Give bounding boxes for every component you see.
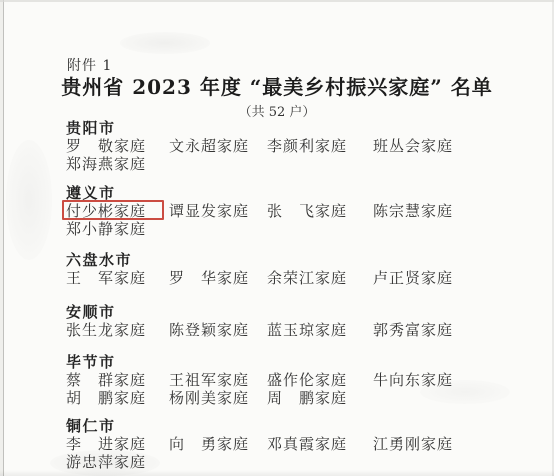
city-section-liupanshui: 六盘水市 王 军家庭 罗 华家庭 余荣江家庭 卢正贤家庭 — [66, 251, 536, 287]
red-highlight-box: 付少彬家庭 — [66, 202, 146, 220]
family-name: 文永超家庭 — [169, 137, 267, 155]
family-name: 郑海燕家庭 — [66, 155, 169, 173]
city-section-guiyang: 贵阳市 罗 敬家庭 文永超家庭 李颜利家庭 班丛会家庭 郑海燕家庭 — [66, 119, 536, 173]
family-name: 向 勇家庭 — [169, 435, 267, 453]
family-name: 杨刚美家庭 — [169, 389, 267, 407]
scan-artifact — [120, 32, 210, 54]
city-header: 贵阳市 — [66, 119, 536, 137]
family-name: 郑小静家庭 — [66, 220, 169, 238]
city-section-anshun: 安顺市 张生龙家庭 陈登颖家庭 蓝玉琼家庭 郭秀富家庭 — [66, 303, 536, 339]
family-name: 李 进家庭 — [66, 435, 169, 453]
city-header: 铜仁市 — [66, 417, 536, 435]
family-name: 李颜利家庭 — [267, 137, 373, 155]
family-name: 郭秀富家庭 — [373, 321, 536, 339]
family-name: 邓真霞家庭 — [267, 435, 373, 453]
city-header: 遵义市 — [66, 184, 536, 202]
family-name: 江勇刚家庭 — [373, 435, 536, 453]
city-header: 六盘水市 — [66, 251, 536, 269]
family-list: 罗 敬家庭 文永超家庭 李颜利家庭 班丛会家庭 郑海燕家庭 — [66, 137, 536, 173]
family-name: 罗 敬家庭 — [66, 137, 169, 155]
scan-artifact — [6, 140, 52, 260]
highlighted-family-name: 付少彬家庭 — [66, 202, 146, 220]
document-title: 贵州省 2023 年度 “最美乡村振兴家庭” 名单 — [0, 71, 554, 100]
scanned-document-page: 附件 1 贵州省 2023 年度 “最美乡村振兴家庭” 名单 （共 52 户） … — [0, 0, 554, 476]
family-name: 游忠萍家庭 — [66, 453, 169, 471]
family-name: 余荣江家庭 — [267, 269, 373, 287]
city-header: 安顺市 — [66, 303, 536, 321]
family-name: 张 飞家庭 — [267, 202, 373, 220]
family-name: 盛作伦家庭 — [267, 371, 373, 389]
family-name: 谭显发家庭 — [169, 202, 267, 220]
city-section-bijie: 毕节市 蔡 群家庭 王祖军家庭 盛作伦家庭 牛向东家庭 胡 鹏家庭 杨刚美家庭 … — [66, 353, 536, 407]
family-name: 牛向东家庭 — [373, 371, 536, 389]
family-list: 李 进家庭 向 勇家庭 邓真霞家庭 江勇刚家庭 游忠萍家庭 — [66, 435, 536, 471]
city-header: 毕节市 — [66, 353, 536, 371]
family-name: 卢正贤家庭 — [373, 269, 536, 287]
scan-edge-line — [0, 0, 554, 2]
household-count: （共 52 户） — [0, 101, 554, 120]
family-list: 蔡 群家庭 王祖军家庭 盛作伦家庭 牛向东家庭 胡 鹏家庭 杨刚美家庭 周 鹏家… — [66, 371, 536, 407]
family-name: 王祖军家庭 — [169, 371, 267, 389]
city-section-zunyi: 遵义市 付少彬家庭 谭显发家庭 张 飞家庭 陈宗慧家庭 郑小静家庭 — [66, 184, 536, 238]
city-section-tongren: 铜仁市 李 进家庭 向 勇家庭 邓真霞家庭 江勇刚家庭 游忠萍家庭 — [66, 417, 536, 471]
family-name: 罗 华家庭 — [169, 269, 267, 287]
family-list: 张生龙家庭 陈登颖家庭 蓝玉琼家庭 郭秀富家庭 — [66, 321, 536, 339]
family-name: 蓝玉琼家庭 — [267, 321, 373, 339]
family-name: 胡 鹏家庭 — [66, 389, 169, 407]
family-name: 王 军家庭 — [66, 269, 169, 287]
family-name: 陈宗慧家庭 — [373, 202, 536, 220]
family-name: 周 鹏家庭 — [267, 389, 373, 407]
family-name: 陈登颖家庭 — [169, 321, 267, 339]
family-name: 蔡 群家庭 — [66, 371, 169, 389]
family-list: 王 军家庭 罗 华家庭 余荣江家庭 卢正贤家庭 — [66, 269, 536, 287]
family-name: 班丛会家庭 — [373, 137, 536, 155]
family-name: 张生龙家庭 — [66, 321, 169, 339]
family-list: 付少彬家庭 谭显发家庭 张 飞家庭 陈宗慧家庭 郑小静家庭 — [66, 202, 536, 238]
